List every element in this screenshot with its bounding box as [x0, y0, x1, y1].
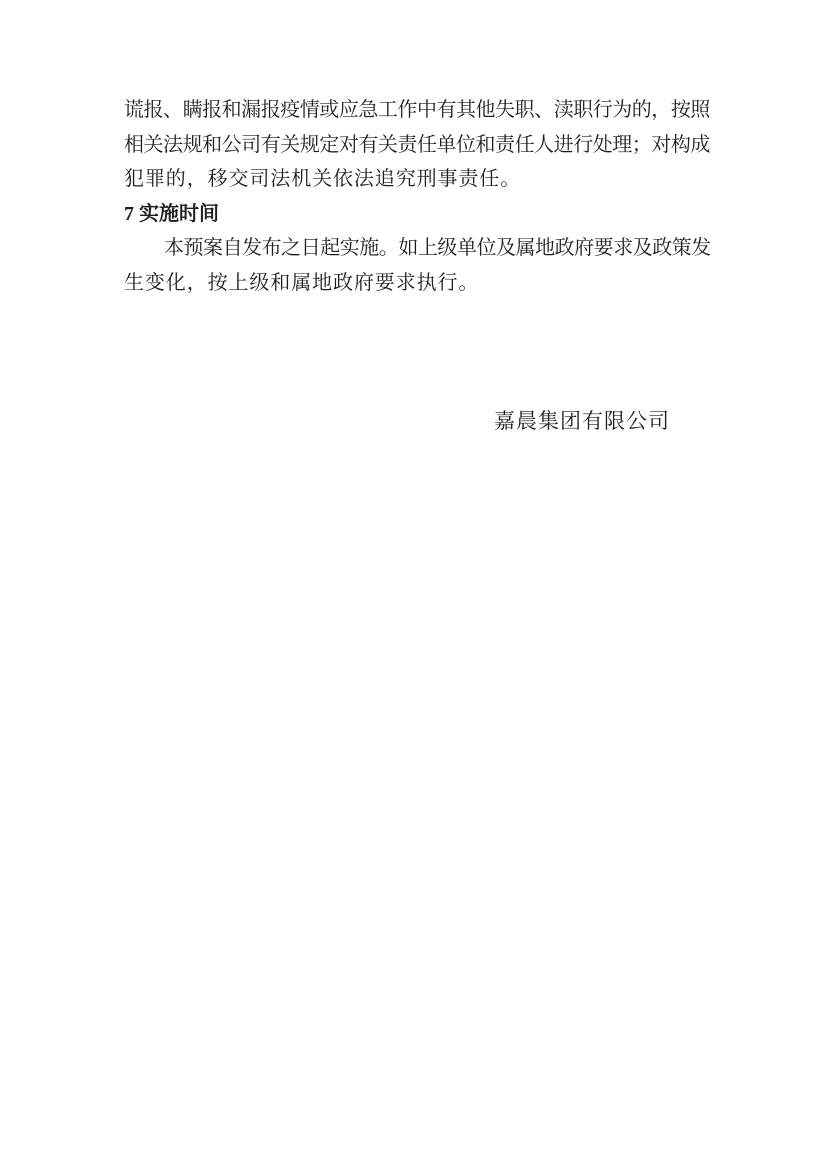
section-heading: 7 实施时间 [124, 197, 710, 232]
paragraph1-line2: 相关法规和公司有关规定对有关责任单位和责任人进行处理；对构成 [124, 128, 710, 163]
document-body: 谎报、瞒报和漏报疫情或应急工作中有其他失职、渎职行为的，按照 相关法规和公司有关… [124, 93, 710, 438]
paragraph2-line1: 本预案自发布之日起实施。如上级单位及属地政府要求及政策发 [124, 231, 710, 266]
signature: 嘉晨集团有限公司 [124, 404, 710, 439]
paragraph1-line3: 犯罪的，移交司法机关依法追究刑事责任。 [124, 162, 710, 197]
paragraph1-line1: 谎报、瞒报和漏报疫情或应急工作中有其他失职、渎职行为的，按照 [124, 93, 710, 128]
document-page: 谎报、瞒报和漏报疫情或应急工作中有其他失职、渎职行为的，按照 相关法规和公司有关… [0, 0, 826, 1169]
paragraph2-line2: 生变化，按上级和属地政府要求执行。 [124, 266, 710, 301]
